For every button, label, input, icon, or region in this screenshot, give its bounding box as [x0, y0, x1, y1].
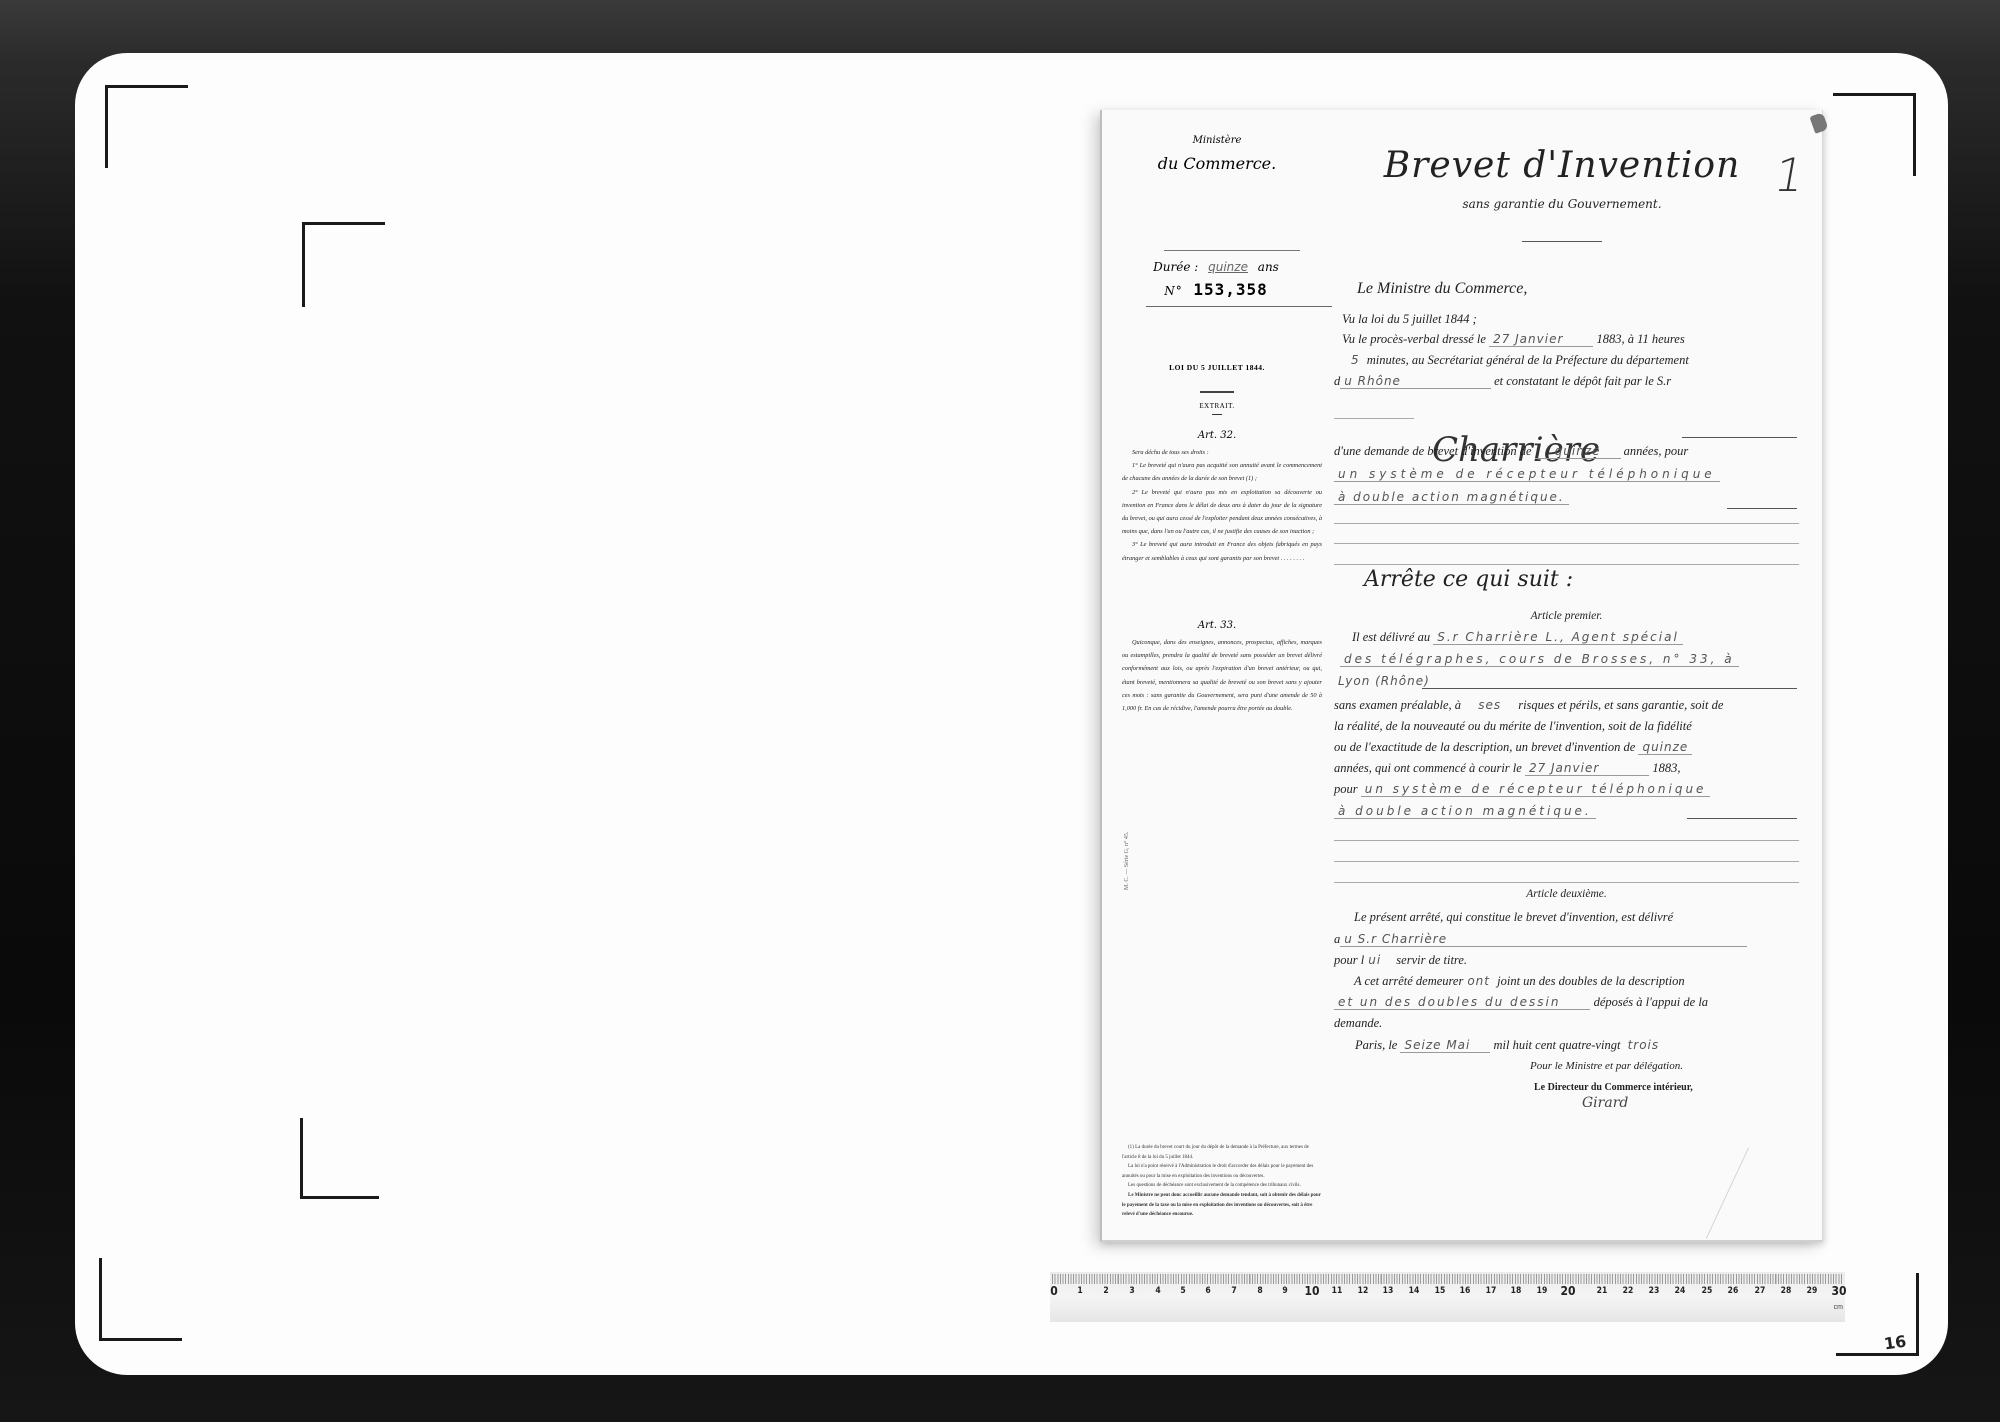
article-1-para-3: ou de l'exactitude de la description, un…	[1334, 740, 1804, 760]
signature: Girard	[1582, 1095, 1628, 1111]
text: sans examen préalable, à	[1334, 698, 1461, 712]
ruler-label: 21	[1597, 1286, 1608, 1296]
ruler-label: 3	[1129, 1286, 1134, 1296]
dept-value: u Rhône	[1340, 374, 1491, 389]
crop-mark-inner-bottom-left	[300, 1118, 379, 1199]
document-subtitle: sans garantie du Gouvernement.	[1327, 197, 1797, 211]
article-1-prefix: Il est délivré au	[1352, 630, 1430, 644]
pv-year: 1883	[1597, 332, 1622, 346]
patent-years-value: quinze	[1638, 740, 1692, 755]
vu-loi-line: Vu la loi du 5 juillet 1844 ;	[1342, 312, 1812, 332]
minister-line: Le Ministre du Commerce,	[1357, 280, 1827, 300]
article-1-line-2: des télégraphes, cours de Brosses, n° 33…	[1340, 652, 1810, 672]
text: pour l	[1334, 953, 1364, 967]
article-1-para-1: sans examen préalable, à ses risques et …	[1334, 698, 1804, 718]
crop-mark-inner-top-left	[302, 222, 385, 307]
article-1-para-6: à double action magnétique.	[1334, 804, 1804, 824]
ruler-label: 7	[1231, 1286, 1236, 1296]
law-heading: LOI DU 5 JUILLET 1844.	[1122, 363, 1312, 372]
rule	[1422, 688, 1797, 689]
article-2-para-3: pour lui servir de titre.	[1334, 953, 1804, 973]
rule	[1334, 564, 1799, 565]
text: la réalité, de la nouveauté ou du mérite…	[1334, 719, 1692, 733]
vu-pv-line: Vu le procès-verbal dressé le 27 Janvier…	[1342, 332, 1812, 352]
grantee-city-value: Lyon (Rhône)	[1334, 674, 1434, 688]
demande-suffix: années, pour	[1624, 444, 1689, 458]
ruler-label: 1	[1077, 1286, 1082, 1296]
pv-date-value: 27 Janvier	[1489, 332, 1593, 347]
rule	[1334, 418, 1414, 419]
text: A cet arrêté demeurer	[1354, 974, 1463, 988]
footnote: La loi n'a point réservé à l'Administrat…	[1122, 1162, 1322, 1181]
ruler-label: 22	[1623, 1286, 1634, 1296]
crop-mark-outer-top-right	[1833, 93, 1916, 176]
plural-value: ont	[1463, 974, 1494, 988]
ruler-label: 17	[1486, 1286, 1497, 1296]
text: demande.	[1334, 1016, 1382, 1030]
start-date-value: 27 Janvier	[1525, 761, 1649, 776]
invention-title-value-2: à double action magnétique.	[1334, 490, 1569, 505]
rule	[1682, 437, 1797, 438]
ministry-line2: du Commerce.	[1122, 154, 1312, 173]
invention-title-value: un système de récepteur téléphonique	[1334, 467, 1720, 482]
ruler-label: 11	[1332, 1286, 1343, 1296]
plate-number: 16	[1883, 1332, 1908, 1354]
paragraph: 1° Le breveté qui n'aura pas acquitté so…	[1122, 459, 1322, 485]
article-1-para-4: années, qui ont commencé à courir le 27 …	[1334, 761, 1804, 781]
divider	[1212, 414, 1222, 415]
ruler-label: 14	[1409, 1286, 1420, 1296]
paragraph: 3° Le breveté qui aura introduit en Fran…	[1122, 538, 1322, 564]
divider	[1522, 241, 1602, 242]
dept-line: du Rhône et constatant le dépôt fait par…	[1334, 374, 1804, 394]
delegation-line: Pour le Ministre et par délégation.	[1530, 1060, 2000, 1080]
footnotes: (1) La durée du brevet court du jour du …	[1122, 1143, 1322, 1220]
rule	[1334, 523, 1799, 524]
crop-mark-outer-bottom-left	[99, 1258, 182, 1341]
article-2-para-4: A cet arrêté demeureront joint un des do…	[1354, 974, 1824, 994]
rule	[1727, 508, 1797, 509]
duration-unit: ans	[1258, 260, 1279, 274]
text: joint un des doubles de la description	[1497, 974, 1684, 988]
depot-text: et constatant le dépôt fait par le S.r	[1494, 374, 1671, 388]
paragraph: 2° Le breveté qui n'aura pas mis en expl…	[1122, 486, 1322, 539]
ruler-label: 19	[1537, 1286, 1548, 1296]
grantee-short-value: u S.r Charrière	[1340, 932, 1747, 947]
ruler-label: 9	[1282, 1286, 1287, 1296]
risks-owner-value: ses	[1464, 698, 1515, 712]
ruler-label: 24	[1675, 1286, 1686, 1296]
text: Paris, le	[1355, 1038, 1397, 1052]
text: risques et périls, et sans garantie, soi…	[1518, 698, 1723, 712]
vu-pv-prefix: Vu le procès-verbal dressé le	[1342, 332, 1486, 346]
divider	[1146, 306, 1332, 307]
grantee-address-value: des télégraphes, cours de Brosses, n° 33…	[1340, 652, 1739, 667]
ruler-label: 25	[1702, 1286, 1713, 1296]
duration-label: Durée :	[1153, 260, 1198, 274]
director-text: Le Directeur du Commerce intérieur,	[1534, 1082, 1693, 1093]
patent-document-page: 1 Ministère du Commerce. Durée : quinze …	[1100, 110, 1823, 1242]
ministry-line1: Ministère	[1142, 135, 1292, 146]
rule	[1334, 861, 1799, 862]
article-2-para-5: et un des doubles du dessin déposés à l'…	[1334, 995, 1804, 1015]
rule	[1687, 818, 1797, 819]
grantee-value: S.r Charrière L., Agent spécial	[1433, 630, 1683, 645]
article-32-title: Art. 32.	[1122, 430, 1312, 441]
pv-minutes-value: 5	[1347, 353, 1364, 367]
ruler-label: 30	[1831, 1284, 1846, 1298]
ruler-label: 27	[1755, 1286, 1766, 1296]
drawing-value: et un des doubles du dessin	[1334, 995, 1590, 1010]
ruler-label: 28	[1781, 1286, 1792, 1296]
article-1-para-2: la réalité, de la nouveauté ou du mérite…	[1334, 719, 1804, 739]
ruler-label: 5	[1180, 1286, 1185, 1296]
arrete-heading: Arrête ce qui suit :	[1364, 567, 1573, 592]
text: mil huit cent quatre-vingt	[1493, 1038, 1620, 1052]
issue-year-value: trois	[1624, 1038, 1664, 1052]
article-2-para-1: Le présent arrêté, qui constitue le brev…	[1354, 910, 1824, 930]
duration-value: quinze	[1202, 260, 1254, 274]
paragraph: Sera déchu de tous ses droits :	[1122, 446, 1322, 459]
number-label: N°	[1164, 284, 1183, 298]
text: ou de l'exactitude de la description, un…	[1334, 740, 1635, 754]
demande-years-value: quinze	[1535, 444, 1621, 459]
article-33-body: Quiconque, dans des enseignes, annonces,…	[1122, 636, 1322, 715]
ruler-label: 10	[1304, 1284, 1319, 1298]
article-1-heading: Article premier.	[1334, 610, 1799, 622]
text: servir de titre.	[1396, 953, 1467, 967]
signature-flourish	[1606, 1101, 1749, 1239]
vu-loi: Vu la loi du 5 juillet 1844 ;	[1342, 312, 1477, 326]
text: pour	[1334, 782, 1358, 796]
invention-title-value-3: un système de récepteur téléphonique	[1361, 782, 1711, 797]
ruler-label: 8	[1257, 1286, 1262, 1296]
form-code: M. C. — Série G, n° 45.	[1124, 832, 1130, 890]
ruler-unit: cm	[1834, 1304, 1843, 1311]
footnote: Le Ministre ne peut donc accueillir aucu…	[1122, 1191, 1322, 1220]
issue-date-value: Seize Mai	[1400, 1038, 1490, 1053]
article-1-line-3: Lyon (Rhône)	[1334, 674, 1804, 694]
pv-line2: minutes, au Secrétariat général de la Pr…	[1367, 353, 1689, 367]
divider	[1200, 391, 1234, 393]
text: déposés à l'appui de la	[1594, 995, 1708, 1009]
footnote: Les questions de déchéance sont exclusiv…	[1122, 1181, 1322, 1191]
pv-hour: , à 11 heures	[1622, 332, 1685, 346]
duration-field: Durée : quinze ans	[1126, 260, 1306, 274]
demande-line: d'une demande de brevet d'invention de q…	[1334, 444, 1804, 464]
article-1-line-1: Il est délivré au S.r Charrière L., Agen…	[1352, 630, 1822, 650]
number-value: 153,358	[1193, 280, 1267, 299]
ruler-label: 15	[1435, 1286, 1446, 1296]
extract-heading: EXTRAIT.	[1122, 402, 1312, 410]
patent-number: N° 153,358	[1126, 280, 1306, 299]
minister-heading: Le Ministre du Commerce,	[1357, 280, 1527, 297]
article-1-para-5: pour un système de récepteur téléphoniqu…	[1334, 782, 1804, 802]
ruler-label: 20	[1560, 1284, 1575, 1298]
start-year: 1883,	[1652, 761, 1680, 775]
paragraph: Quiconque, dans des enseignes, annonces,…	[1122, 636, 1322, 715]
demande-prefix: d'une demande de brevet d'invention de	[1334, 444, 1532, 458]
delegation-text: Pour le Ministre et par délégation.	[1530, 1060, 1683, 1072]
rule	[1334, 882, 1799, 883]
measurement-ruler: 0 1 2 3 4 5 6 7 8 9 10 11 12 13 14 15 16…	[1050, 1272, 1845, 1322]
article-2-heading: Article deuxième.	[1334, 888, 1799, 900]
invention-line-1: un système de récepteur téléphonique	[1334, 467, 1804, 487]
text: années, qui ont commencé à courir le	[1334, 761, 1522, 775]
document-title: Brevet d'Invention	[1327, 145, 1797, 186]
invention-line-2: à double action magnétique.	[1334, 490, 1804, 510]
article-33-title: Art. 33.	[1122, 620, 1312, 631]
ruler-label: 23	[1649, 1286, 1660, 1296]
ruler-label: 0	[1050, 1284, 1058, 1298]
ruler-ticks	[1052, 1274, 1842, 1284]
date-line: Paris, le Seize Mai mil huit cent quatre…	[1355, 1038, 1825, 1058]
footnote: (1) La durée du brevet court du jour du …	[1122, 1143, 1322, 1162]
rule	[1334, 543, 1799, 544]
ruler-label: 26	[1728, 1286, 1739, 1296]
ruler-label: 4	[1155, 1286, 1160, 1296]
article-2-para-6: demande.	[1334, 1016, 1804, 1036]
pronoun-value: ui	[1364, 953, 1393, 967]
ruler-label: 2	[1103, 1286, 1108, 1296]
ruler-label: 6	[1205, 1286, 1210, 1296]
crop-mark-outer-top-left	[105, 85, 188, 168]
ruler-label: 18	[1511, 1286, 1522, 1296]
article-2-para-2: au S.r Charrière	[1334, 932, 1804, 952]
vu-pv-line2: 5 minutes, au Secrétariat général de la …	[1347, 353, 1817, 373]
invention-title-value-4: à double action magnétique.	[1334, 804, 1596, 819]
text: Le présent arrêté, qui constitue le brev…	[1354, 910, 1673, 924]
rule	[1334, 840, 1799, 841]
ruler-label: 16	[1460, 1286, 1471, 1296]
article-32-body: Sera déchu de tous ses droits : 1° Le br…	[1122, 446, 1322, 565]
ruler-label: 12	[1358, 1286, 1369, 1296]
ruler-label: 13	[1383, 1286, 1394, 1296]
ruler-label: 29	[1807, 1286, 1818, 1296]
divider	[1164, 250, 1300, 251]
